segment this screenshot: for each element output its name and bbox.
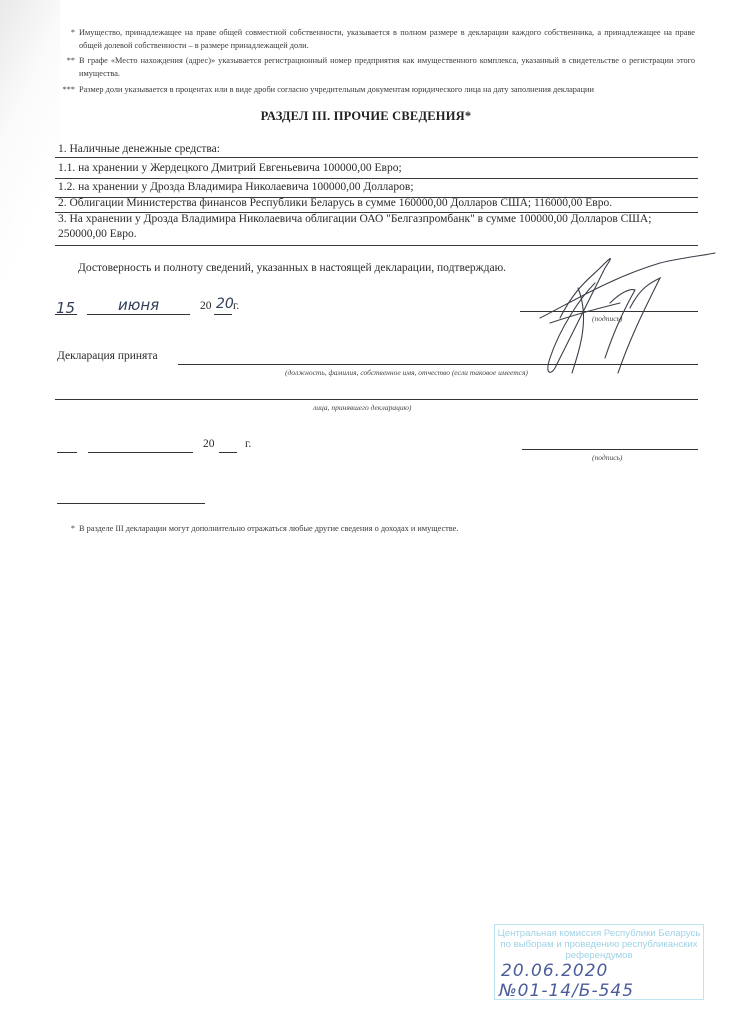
acceptance-signature-caption: (подпись) (592, 453, 622, 462)
entry-row: 1. Наличные денежные средства: (55, 142, 698, 158)
stamp-organization: Центральная комиссия Республики Беларусь… (495, 928, 703, 961)
acceptance-label: Декларация принята (57, 350, 158, 362)
acceptance-caption-2: лица, принявшего декларацию) (313, 403, 411, 412)
acceptance-day-line (57, 452, 77, 453)
date-month-handwritten: июня (118, 296, 159, 314)
footnote-text: Размер доли указывается в процентах или … (79, 84, 695, 97)
footnote-bottom: * В разделе III декларации могут дополни… (79, 523, 679, 536)
footnote-mark: *** (51, 84, 75, 97)
scan-shadow (0, 0, 60, 300)
acceptance-month-line (88, 452, 193, 453)
date-year-line (214, 314, 232, 315)
footnote-mark: ** (51, 55, 75, 68)
footnote-mark: * (51, 523, 75, 536)
footnote-text: В разделе III декларации могут дополните… (79, 523, 679, 536)
footnote-text: В графе «Место нахождения (адрес)» указы… (79, 55, 695, 80)
date-year-handwritten: 20 (216, 296, 234, 312)
date-month-line (87, 314, 190, 315)
stamp-number-handwritten: №01-14/Б-545 (499, 981, 634, 1001)
entry-row: 1.1. на хранении у Жердецкого Дмитрий Ев… (55, 161, 698, 179)
date-year-prefix: 20 (200, 300, 212, 312)
acceptance-year-prefix: 20 (203, 438, 215, 450)
stamp-date-handwritten: 20.06.2020 (501, 961, 608, 981)
confirmation-text: Достоверность и полноту сведений, указан… (78, 262, 506, 274)
entry-row: 2. Облигации Министерства финансов Респу… (55, 196, 698, 213)
acceptance-name-line (178, 364, 698, 365)
acceptance-year-unit: г. (245, 438, 251, 450)
date-day-line (55, 314, 77, 315)
footnote-2: ** В графе «Место нахождения (адрес)» ук… (79, 55, 695, 80)
signature-handwritten-icon (520, 248, 720, 378)
blank-line (57, 503, 205, 504)
registration-stamp: Центральная комиссия Республики Беларусь… (494, 924, 704, 1000)
section-title: РАЗДЕЛ III. ПРОЧИЕ СВЕДЕНИЯ* (0, 109, 732, 124)
acceptance-signature-line (522, 449, 698, 450)
footnote-text: Имущество, принадлежащее на праве общей … (79, 27, 695, 52)
date-year-unit: г. (233, 300, 239, 312)
acceptance-year-line (219, 452, 237, 453)
acceptance-caption-1: (должность, фамилия, собственное имя, от… (285, 368, 528, 377)
footnote-mark: * (51, 27, 75, 40)
footnote-3: *** Размер доли указывается в процентах … (79, 84, 695, 97)
footnote-1: * Имущество, принадлежащее на праве обще… (79, 27, 695, 52)
entry-row: 3. На хранении у Дрозда Владимира Никола… (55, 212, 698, 246)
acceptance-name-line-2 (55, 399, 698, 400)
